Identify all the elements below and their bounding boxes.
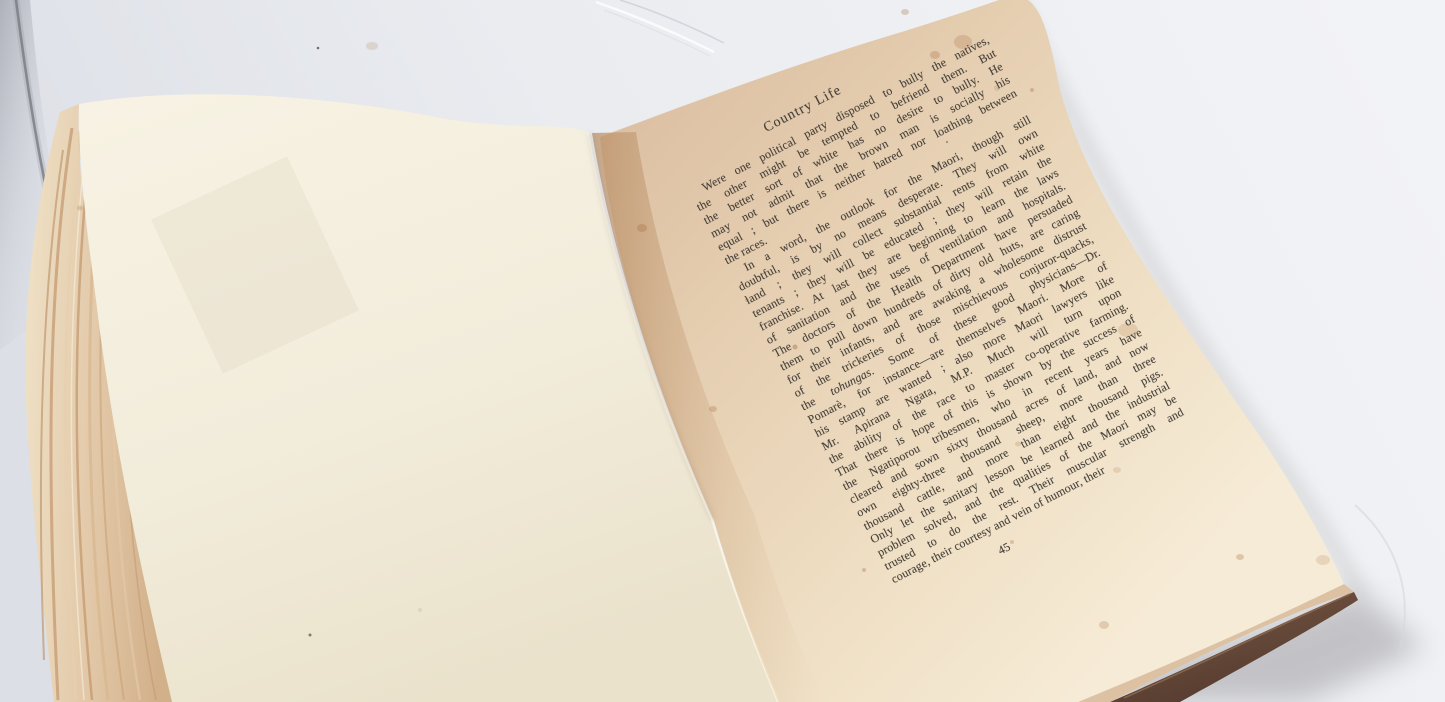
book-photo-scene: Country Life Were one political party di… <box>0 0 1445 702</box>
book-photo-underlay <box>0 0 1445 702</box>
